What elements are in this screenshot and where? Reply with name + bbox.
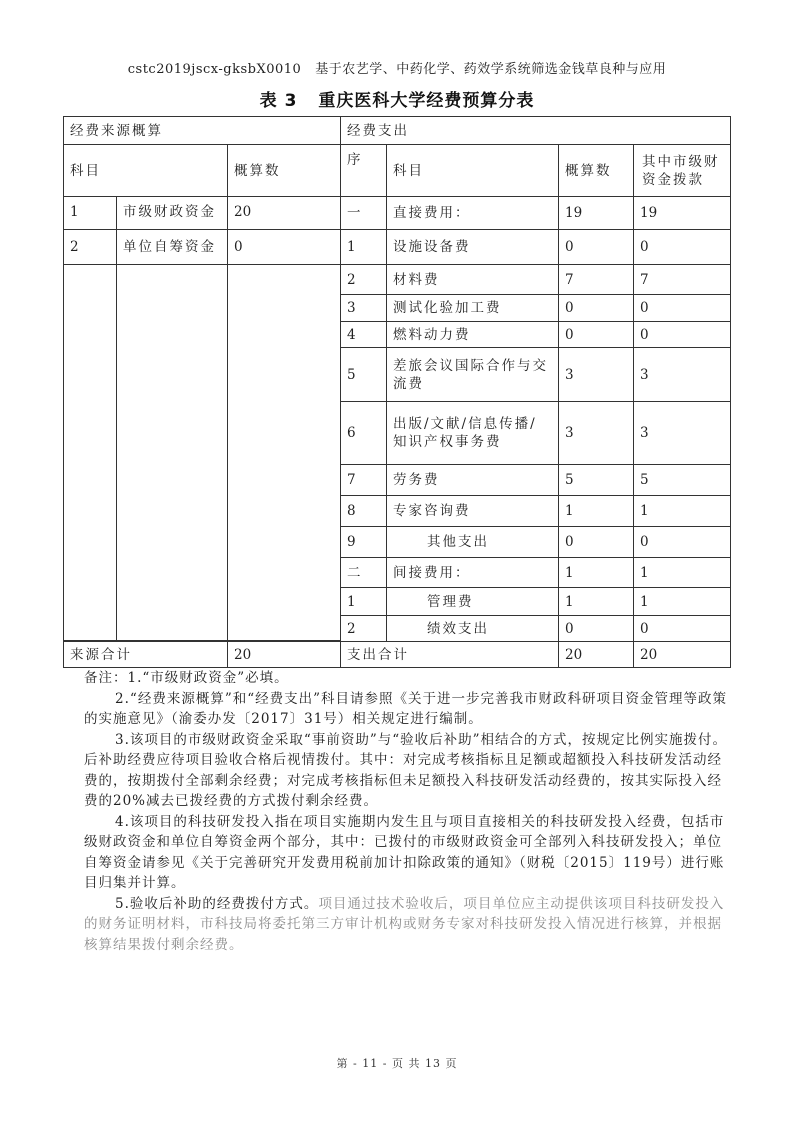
note-3: 3.该项目的市级财政资金采取“事前资助”与“验收后补助”相结合的方式，按规定比例… bbox=[84, 730, 734, 812]
expense-total-municipal: 20 bbox=[633, 641, 731, 668]
page-footer: 第 - 11 - 页 共 13 页 bbox=[0, 1055, 794, 1071]
expense-seq: 5 bbox=[340, 347, 387, 402]
expense-section-header: 经费支出 bbox=[340, 116, 731, 145]
expense-seq: 3 bbox=[340, 294, 387, 322]
expense-amount: 1 bbox=[558, 557, 634, 588]
expense-municipal: 3 bbox=[633, 347, 731, 402]
expense-municipal-header: 其中市级财资金拨款 bbox=[633, 144, 731, 197]
expense-municipal: 0 bbox=[633, 526, 731, 558]
source-total-label: 来源合计 bbox=[63, 641, 228, 668]
expense-total-value: 20 bbox=[558, 641, 634, 668]
expense-seq-header: 序 bbox=[340, 144, 387, 197]
expense-amount: 0 bbox=[558, 294, 634, 322]
expense-amount: 0 bbox=[558, 526, 634, 558]
expense-amount: 19 bbox=[558, 196, 634, 230]
expense-name: 测试化验加工费 bbox=[386, 294, 559, 322]
expense-subject-header: 科目 bbox=[386, 144, 559, 197]
source-empty-cell bbox=[116, 264, 228, 641]
expense-seq: 二 bbox=[340, 557, 387, 588]
source-empty-cell bbox=[227, 264, 341, 641]
expense-name: 材料费 bbox=[386, 264, 559, 295]
expense-amount: 1 bbox=[558, 495, 634, 527]
expense-seq: 2 bbox=[340, 615, 387, 642]
note-4: 4.该项目的科技研发投入指在项目实施期内发生且与项目直接相关的科技研发投入经费，… bbox=[84, 812, 734, 894]
expense-seq: 9 bbox=[340, 526, 387, 558]
expense-total-label: 支出合计 bbox=[340, 641, 559, 668]
source-row-2-no: 2 bbox=[63, 229, 117, 265]
expense-seq: 1 bbox=[340, 587, 387, 616]
expense-municipal: 3 bbox=[633, 401, 731, 465]
expense-seq: 4 bbox=[340, 321, 387, 348]
expense-seq: 7 bbox=[340, 464, 387, 496]
note-5-lead: 5.验收后补助的经费拨付方式。 bbox=[115, 896, 318, 912]
source-section-header: 经费来源概算 bbox=[63, 116, 341, 145]
expense-municipal: 0 bbox=[633, 321, 731, 348]
note-5: 5.验收后补助的经费拨付方式。项目通过技术验收后，项目单位应主动提供该项目科技研… bbox=[84, 894, 734, 956]
source-row-1-name: 市级财政资金 bbox=[116, 196, 228, 230]
source-empty-cell bbox=[63, 264, 117, 641]
expense-amount-header: 概算数 bbox=[558, 144, 634, 197]
expense-municipal: 7 bbox=[633, 264, 731, 295]
note-2: 2.“经费来源概算”和“经费支出”科目请参照《关于进一步完善我市财政科研项目资金… bbox=[84, 689, 734, 730]
expense-seq: 8 bbox=[340, 495, 387, 527]
expense-seq: 2 bbox=[340, 264, 387, 295]
expense-amount: 7 bbox=[558, 264, 634, 295]
expense-amount: 1 bbox=[558, 587, 634, 616]
expense-municipal: 0 bbox=[633, 615, 731, 642]
expense-municipal: 0 bbox=[633, 294, 731, 322]
expense-name: 出版/文献/信息传播/知识产权事务费 bbox=[386, 401, 559, 465]
source-row-1-amount: 20 bbox=[227, 196, 341, 230]
expense-name: 间接费用： bbox=[386, 557, 559, 588]
expense-amount: 3 bbox=[558, 347, 634, 402]
expense-name: 燃料动力费 bbox=[386, 321, 559, 348]
expense-name: 绩效支出 bbox=[386, 615, 559, 642]
expense-municipal: 0 bbox=[633, 229, 731, 265]
expense-amount: 0 bbox=[558, 229, 634, 265]
note-1: 备注：1.“市级财政资金”必填。 bbox=[84, 668, 734, 689]
expense-amount: 0 bbox=[558, 321, 634, 348]
expense-municipal: 1 bbox=[633, 557, 731, 588]
source-subject-header: 科目 bbox=[63, 144, 228, 197]
expense-amount: 0 bbox=[558, 615, 634, 642]
source-amount-header: 概算数 bbox=[227, 144, 341, 197]
expense-seq: 一 bbox=[340, 196, 387, 230]
expense-municipal: 1 bbox=[633, 495, 731, 527]
expense-municipal: 19 bbox=[633, 196, 731, 230]
source-total-value: 20 bbox=[227, 641, 341, 668]
expense-amount: 3 bbox=[558, 401, 634, 465]
expense-name: 直接费用： bbox=[386, 196, 559, 230]
expense-municipal: 1 bbox=[633, 587, 731, 616]
expense-name: 劳务费 bbox=[386, 464, 559, 496]
expense-name: 专家咨询费 bbox=[386, 495, 559, 527]
expense-name: 其他支出 bbox=[386, 526, 559, 558]
expense-seq: 6 bbox=[340, 401, 387, 465]
expense-name: 管理费 bbox=[386, 587, 559, 616]
notes-section: 备注：1.“市级财政资金”必填。 2.“经费来源概算”和“经费支出”科目请参照《… bbox=[84, 668, 734, 955]
expense-seq: 1 bbox=[340, 229, 387, 265]
expense-amount: 5 bbox=[558, 464, 634, 496]
source-row-1-no: 1 bbox=[63, 196, 117, 230]
source-row-2-name: 单位自筹资金 bbox=[116, 229, 228, 265]
source-row-2-amount: 0 bbox=[227, 229, 341, 265]
expense-municipal: 5 bbox=[633, 464, 731, 496]
expense-name: 设施设备费 bbox=[386, 229, 559, 265]
expense-name: 差旅会议国际合作与交流费 bbox=[386, 347, 559, 402]
